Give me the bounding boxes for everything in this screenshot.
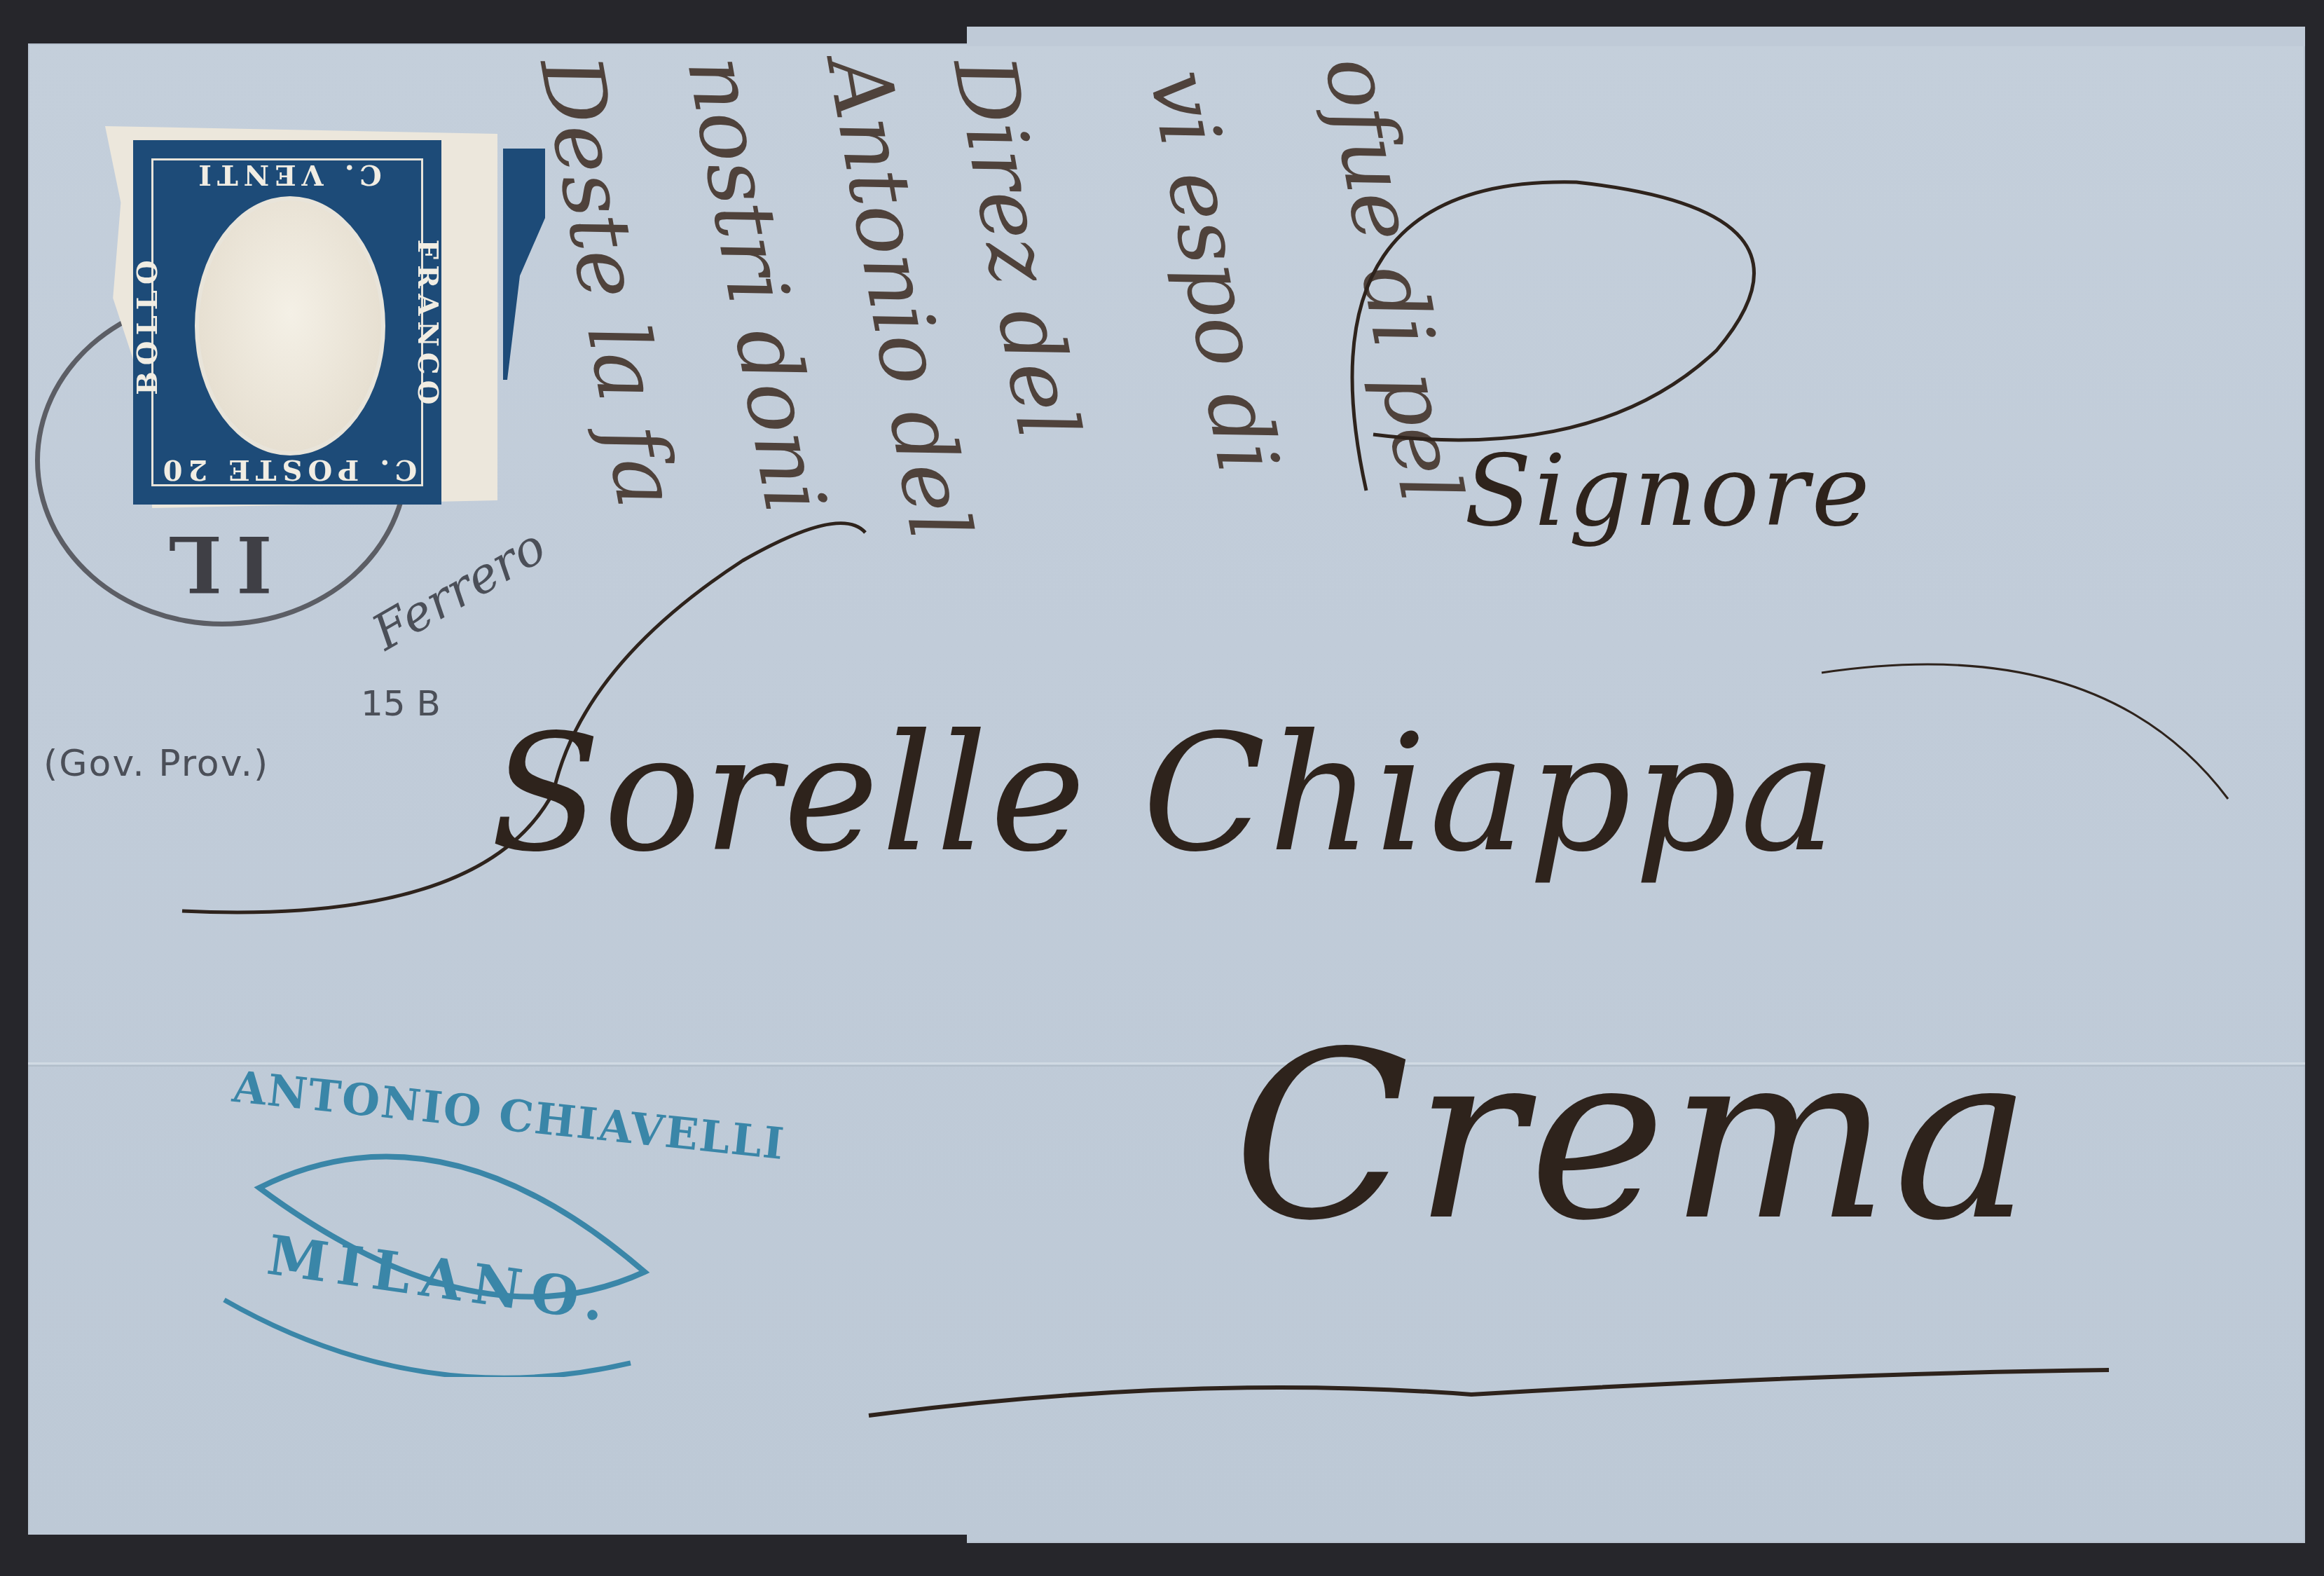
address-salutation: Signore [1464, 434, 1873, 549]
address-city: Crema [1233, 1002, 2035, 1271]
address-recipient: Sorelle Chiappa [490, 701, 1839, 888]
